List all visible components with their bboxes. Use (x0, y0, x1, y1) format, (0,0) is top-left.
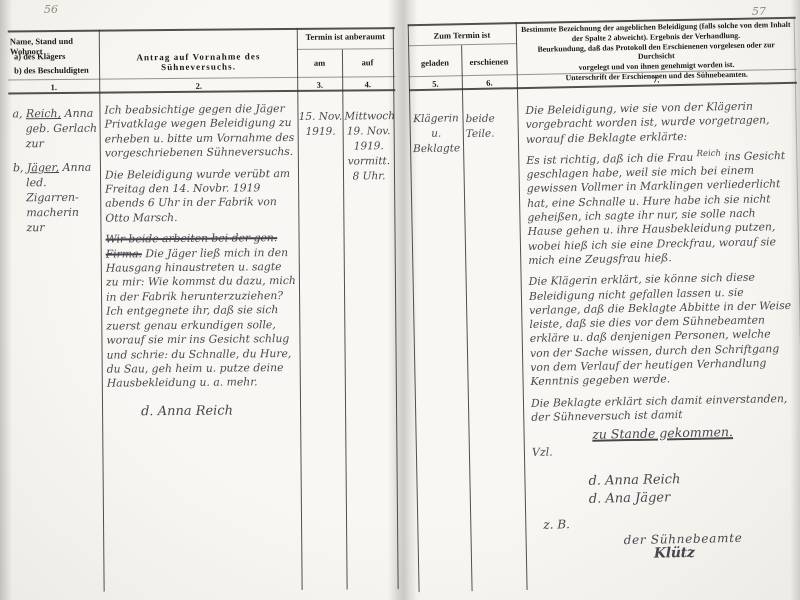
verhandlung-paragraph-4: Die Beklagte erklärt sich damit einverst… (531, 392, 794, 426)
erschienen-label: erschienen (461, 56, 516, 67)
vorgelesen-note: Vzl. (532, 440, 794, 459)
signature-accused: d. Ana Jäger (589, 489, 795, 507)
col6-number: 6. (462, 77, 517, 88)
zum-termin-group-title: Zum Termin ist (408, 29, 516, 41)
verhandlung-text: Die Beleidigung, wie sie von der Klägeri… (525, 99, 796, 563)
inserted-word: Reich (697, 149, 722, 159)
erschienen-value: beide Teile. (465, 111, 516, 142)
verhandlung-paragraph-3: Die Klägerin erklärt, sie könne sich die… (529, 270, 793, 389)
verhandlung-paragraph-2: Es ist richtig, daß ich die Frau Reich i… (526, 149, 790, 268)
page-fold-shadow (388, 0, 418, 600)
geladen-value: Klägerin u. Beklagte (411, 111, 461, 157)
register-scan: 56 57 Name, Stand und Wohnort a) des Klä… (0, 0, 800, 600)
official-signature: Klütz (654, 544, 796, 561)
signature-claimant: d. Anna Reich (588, 471, 794, 489)
verhandlung-paragraph-1: Die Beleidigung, wie sie von der Klägeri… (525, 99, 788, 147)
